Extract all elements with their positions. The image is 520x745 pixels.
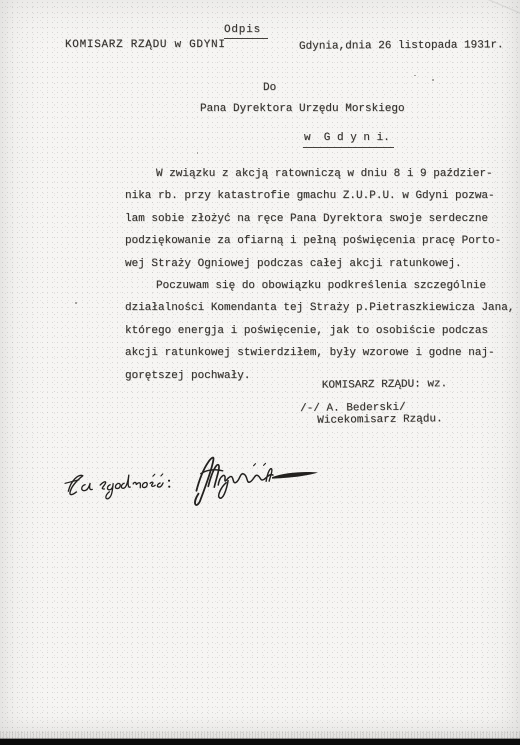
signoff-role: Wicekomisarz Rządu.: [317, 412, 443, 428]
scan-edge-bar: [0, 739, 520, 745]
scan-speck: [414, 75, 416, 76]
scan-speck: [197, 152, 198, 154]
signoff-office: KOMISARZ RZĄDU: wz.: [322, 377, 448, 393]
handwritten-certification-signature: [57, 441, 321, 516]
scan-speck: [432, 79, 434, 81]
scan-speck: [75, 302, 77, 304]
scanned-letter-page: Odpis KOMISARZ RZĄDU w GDYNI Gdynia,dnia…: [0, 0, 520, 745]
signature-block: KOMISARZ RZĄDU: wz. /-/ A. Bederski/ Wic…: [0, 0, 520, 445]
